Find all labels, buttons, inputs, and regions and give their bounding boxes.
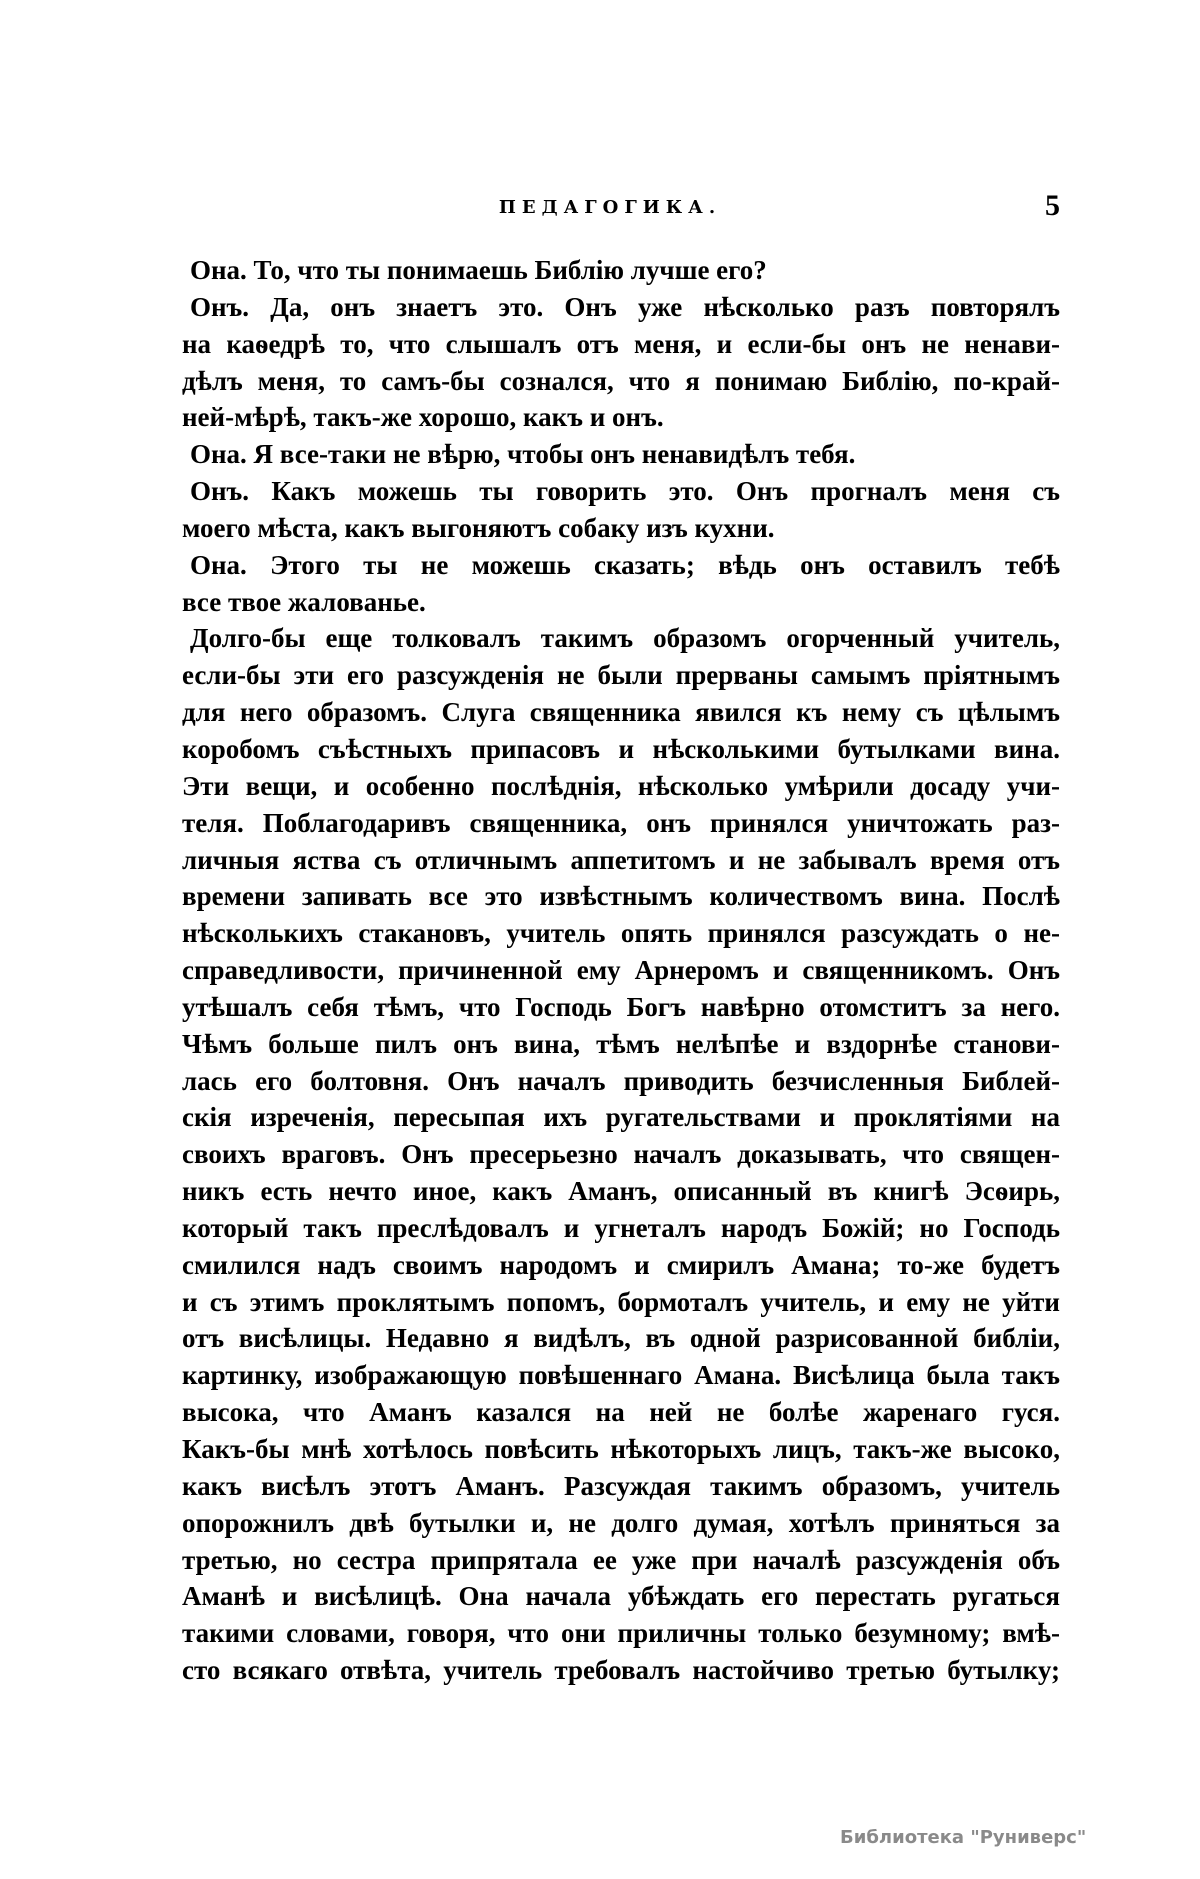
text-line: Какъ-бы мнѣ хотѣлось повѣсить нѣкоторыхъ…: [182, 1431, 1060, 1468]
text-line: который такъ преслѣдовалъ и угнеталъ нар…: [182, 1210, 1060, 1247]
text-line: сто всякаго отвѣта, учитель требовалъ на…: [182, 1652, 1060, 1689]
text-line: отъ висѣлицы. Недавно я видѣлъ, въ одной…: [182, 1320, 1060, 1357]
text-line: никъ есть нечто иное, какъ Аманъ, описан…: [182, 1173, 1060, 1210]
text-line: такими словами, говоря, что они приличны…: [182, 1615, 1060, 1652]
running-head: ПЕДАГОГИКА. 5: [0, 190, 1200, 226]
text-line: личныя яства съ отличнымъ аппетитомъ и н…: [182, 842, 1060, 879]
text-line: дѣлъ меня, то самъ-бы сознался, что я по…: [182, 363, 1060, 400]
text-line: коробомъ съѣстныхъ припасовъ и нѣскольки…: [182, 731, 1060, 768]
library-watermark: Библиотека "Руниверс": [840, 1826, 1140, 1850]
text-line: смилился надъ своимъ народомъ и смирилъ …: [182, 1247, 1060, 1284]
text-line: Она. Этого ты не можешь сказать; вѣдь он…: [182, 547, 1060, 584]
text-line: Онъ. Какъ можешь ты говорить это. Онъ пр…: [182, 473, 1060, 510]
text-line: нѣсколькихъ стакановъ, учитель опять при…: [182, 915, 1060, 952]
text-line: ней-мѣрѣ, такъ-же хорошо, какъ и онъ.: [182, 399, 1060, 436]
text-line: моего мѣста, какъ выгоняютъ собаку изъ к…: [182, 510, 1060, 547]
text-line: высока, что Аманъ казался на ней не болѣ…: [182, 1394, 1060, 1431]
text-line: Аманѣ и висѣлицѣ. Она начала убѣждать ег…: [182, 1578, 1060, 1615]
text-line: третью, но сестра припрятала ее уже при …: [182, 1542, 1060, 1579]
text-line: справедливости, причиненной ему Арнеромъ…: [182, 952, 1060, 989]
text-line: для него образомъ. Слуга священника явил…: [182, 694, 1060, 731]
text-line: Онъ. Да, онъ знаетъ это. Онъ уже нѣсколь…: [182, 289, 1060, 326]
text-line: лась его болтовня. Онъ началъ приводить …: [182, 1063, 1060, 1100]
text-line: картинку, изображающую повѣшеннаго Амана…: [182, 1357, 1060, 1394]
text-line: Эти вещи, и особенно послѣднія, нѣскольк…: [182, 768, 1060, 805]
text-line: Она. То, что ты понимаешь Библію лучше е…: [182, 252, 1060, 289]
text-line: скія изреченія, пересыпая ихъ ругательст…: [182, 1099, 1060, 1136]
text-line: все твое жалованье.: [182, 584, 1060, 621]
text-line: Долго-бы еще толковалъ такимъ образомъ о…: [182, 620, 1060, 657]
book-page: ПЕДАГОГИКА. 5 Она. То, что ты понимаешь …: [0, 0, 1200, 1879]
text-line: и съ этимъ проклятымъ попомъ, бормоталъ …: [182, 1284, 1060, 1321]
text-line: Она. Я все-таки не вѣрю, чтобы онъ ненав…: [182, 436, 1060, 473]
running-title: ПЕДАГОГИКА.: [440, 190, 780, 226]
body-text: Она. То, что ты понимаешь Библію лучше е…: [182, 252, 1060, 1689]
page-number: 5: [1020, 186, 1060, 226]
text-line: времени запивать все это извѣстнымъ коли…: [182, 878, 1060, 915]
text-line: Чѣмъ больше пилъ онъ вина, тѣмъ нелѣпѣе …: [182, 1026, 1060, 1063]
text-line: на каѳедрѣ то, что слышалъ отъ меня, и е…: [182, 326, 1060, 363]
text-line: какъ висѣлъ этотъ Аманъ. Разсуждая таким…: [182, 1468, 1060, 1505]
text-line: теля. Поблагодаривъ священника, онъ прин…: [182, 805, 1060, 842]
text-line: если-бы эти его разсужденія не были прер…: [182, 657, 1060, 694]
text-line: своихъ враговъ. Онъ пресерьезно началъ д…: [182, 1136, 1060, 1173]
text-line: опорожнилъ двѣ бутылки и, не долго думая…: [182, 1505, 1060, 1542]
text-line: утѣшалъ себя тѣмъ, что Господь Богъ навѣ…: [182, 989, 1060, 1026]
